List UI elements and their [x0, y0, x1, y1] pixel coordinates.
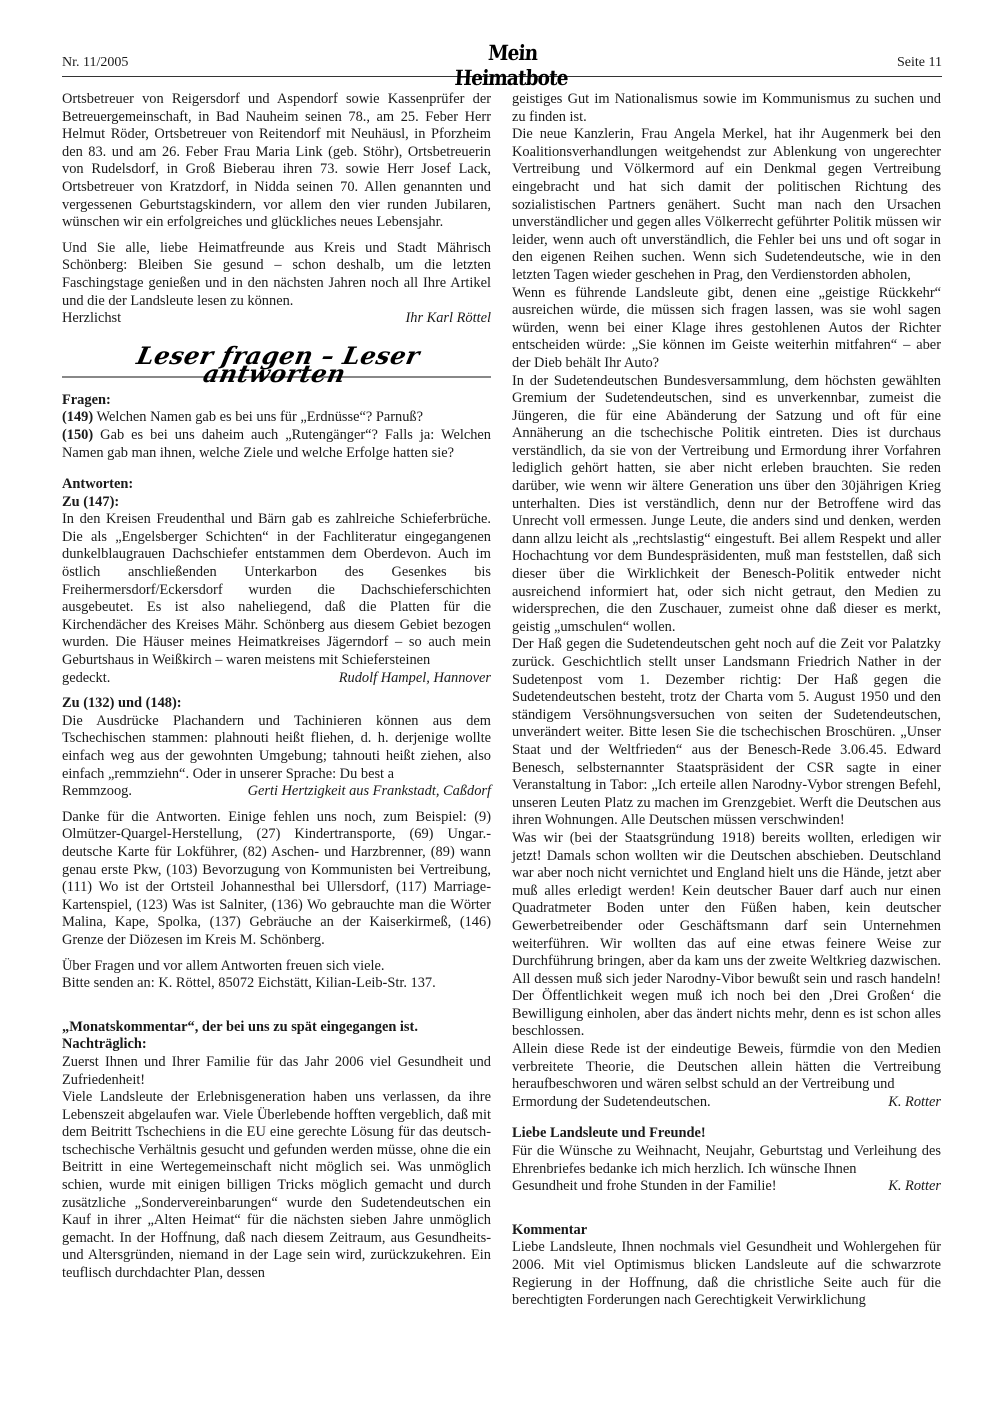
- left-column: Ortsbetreuer von Reigersdorf und Aspendo…: [62, 91, 491, 1283]
- question-text: Welchen Namen gab es bei uns für „Erdnüs…: [93, 409, 423, 425]
- right-paragraph-6: Was wir (bei der Staatsgründung 1918) be…: [512, 830, 941, 1041]
- page-header: Nr. 11/2005 Mein Heimatbote Seite 11: [62, 46, 942, 77]
- question-text: Gab es bei uns daheim auch „Rutengänger“…: [62, 427, 491, 461]
- question-number: (150): [62, 427, 93, 443]
- right-paragraph-5: Der Haß gegen die Sudetendeutschen geht …: [512, 636, 941, 830]
- questions-heading: Fragen:: [62, 392, 491, 410]
- closing-line: Herzlichst Ihr Karl Röttel: [62, 310, 491, 328]
- closing-signature: Ihr Karl Röttel: [405, 310, 491, 328]
- section-title-text: Leser fragen – Leser antworten: [58, 347, 494, 382]
- answer-132-148-heading: Zu (132) und (148):: [62, 695, 491, 713]
- thanks-signature: K. Rotter: [888, 1178, 941, 1196]
- greeting-paragraph: Und Sie alle, liebe Heimatfreunde aus Kr…: [62, 240, 491, 310]
- answer-132-148-signature-line: Remmzoog. Gerti Hertzigkeit aus Franksta…: [62, 783, 491, 801]
- answer-147-signature: Rudolf Hampel, Hannover: [339, 670, 491, 688]
- thanks-heading: Liebe Landsleute und Freunde!: [512, 1125, 941, 1143]
- right-paragraph-7: Allein diese Rede ist der eindeutige Bew…: [512, 1041, 941, 1094]
- thanks-signature-line: Gesundheit und frohe Stunden in der Fami…: [512, 1178, 941, 1196]
- answer-147-heading: Zu (147):: [62, 494, 491, 512]
- page-number: Seite 11: [897, 55, 942, 71]
- answers-heading: Antworten:: [62, 476, 491, 494]
- answer-147-text: In den Kreisen Freudenthal und Bärn gab …: [62, 511, 491, 669]
- rotter-signature: K. Rotter: [888, 1094, 941, 1112]
- masthead-logo: Mein Heimatbote: [444, 40, 579, 90]
- section-title: Leser fragen – Leser antworten: [62, 348, 491, 388]
- right-paragraph-3: Wenn es führende Landsleute gibt, denen …: [512, 285, 941, 373]
- right-paragraph-1: geistiges Gut im Nationalismus sowie im …: [512, 91, 941, 126]
- answer-132-148-signature: Gerti Hertzigkeit aus Frankstadt, Caßdor…: [248, 783, 491, 801]
- commentary-heading: „Monatskommentar“, der bei uns zu spät e…: [62, 1019, 491, 1054]
- birthday-paragraph: Ortsbetreuer von Reigersdorf und Aspendo…: [62, 91, 491, 232]
- answer-147-signature-line: gedeckt. Rudolf Hampel, Hannover: [62, 670, 491, 688]
- question-number: (149): [62, 409, 93, 425]
- answer-132-148-last-line: Remmzoog.: [62, 783, 132, 801]
- right-column: geistiges Gut im Nationalismus sowie im …: [512, 91, 941, 1310]
- right-paragraph-7-last-line: Ermordung der Sudetendeutschen.: [512, 1094, 711, 1112]
- closing-text: Herzlichst: [62, 310, 121, 328]
- kommentar-heading: Kommentar: [512, 1222, 941, 1240]
- kommentar-text: Liebe Landsleute, Ihnen nochmals viel Ge…: [512, 1239, 941, 1309]
- question-item: (149) Welchen Namen gab es bei uns für „…: [62, 409, 491, 427]
- right-paragraph-2: Die neue Kanzlerin, Frau Angela Merkel, …: [512, 126, 941, 284]
- thanks-last-line: Gesundheit und frohe Stunden in der Fami…: [512, 1178, 777, 1196]
- answer-147-last-line: gedeckt.: [62, 670, 110, 688]
- right-paragraph-4: In der Sudetendeutschen Bundesversammlun…: [512, 373, 941, 637]
- issue-number: Nr. 11/2005: [62, 55, 128, 71]
- commentary-paragraph-1: Zuerst Ihnen und Ihrer Familie für das J…: [62, 1054, 491, 1089]
- answer-132-148-text: Die Ausdrücke Plachandern und Tachiniere…: [62, 713, 491, 783]
- thanks-text: Für die Wünsche zu Weihnacht, Neujahr, G…: [512, 1143, 941, 1178]
- contact-line-1: Über Fragen und vor allem Antworten freu…: [62, 958, 491, 976]
- missing-answers-paragraph: Danke für die Antworten. Einige fehlen u…: [62, 809, 491, 950]
- question-item: (150) Gab es bei uns daheim auch „Ruteng…: [62, 427, 491, 462]
- rotter-signature-line: Ermordung der Sudetendeutschen. K. Rotte…: [512, 1094, 941, 1112]
- contact-line-2: Bitte senden an: K. Röttel, 85072 Eichst…: [62, 975, 491, 993]
- commentary-paragraph-2: Viele Landsleute der Erlebnisgeneration …: [62, 1089, 491, 1283]
